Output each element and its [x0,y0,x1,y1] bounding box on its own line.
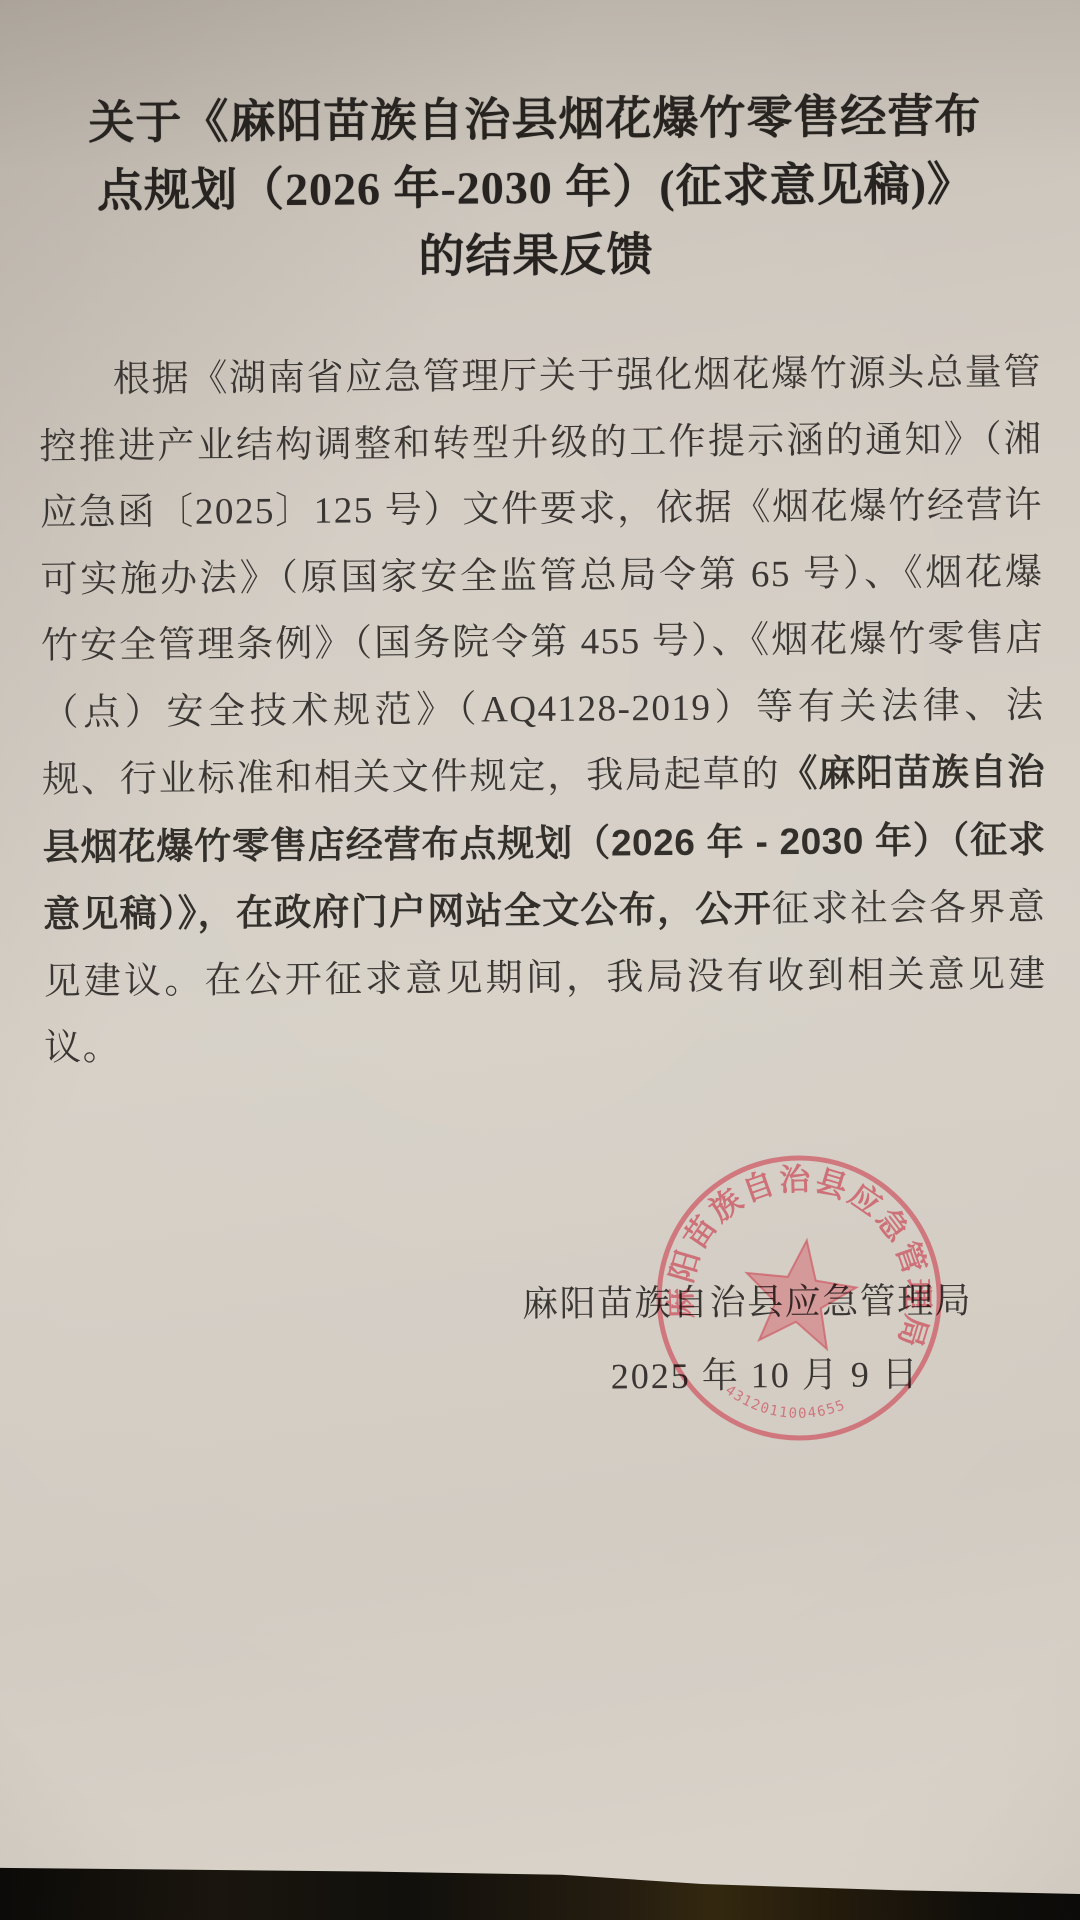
official-seal-stamp: 麻阳苗族自治县应急管理局 4312011004655 [620,1118,979,1477]
document-title-line-1: 关于《麻阳苗族自治县烟花爆竹零售经营布 [25,82,1046,158]
document-photo: 关于《麻阳苗族自治县烟花爆竹零售经营布 点规划（2026 年-2030 年）(征… [0,0,1080,1920]
document-content: 关于《麻阳苗族自治县烟花爆竹零售经营布 点规划（2026 年-2030 年）(征… [0,0,1080,1920]
seal-star-icon [738,1233,861,1351]
document-title-line-3: 的结果反馈 [26,218,1047,294]
body-text-normal-1: 根据《湖南省应急管理厅关于强化烟花爆竹源头总量管控推进产业结构调整和转型升级的工… [39,352,1044,801]
document-title-line-2: 点规划（2026 年-2030 年）(征求意见稿)》 [25,150,1046,226]
document-title: 关于《麻阳苗族自治县烟花爆竹零售经营布 点规划（2026 年-2030 年）(征… [25,82,1047,294]
body-paragraph: 根据《湖南省应急管理厅关于强化烟花爆竹源头总量管控推进产业结构调整和转型升级的工… [39,340,1048,1082]
